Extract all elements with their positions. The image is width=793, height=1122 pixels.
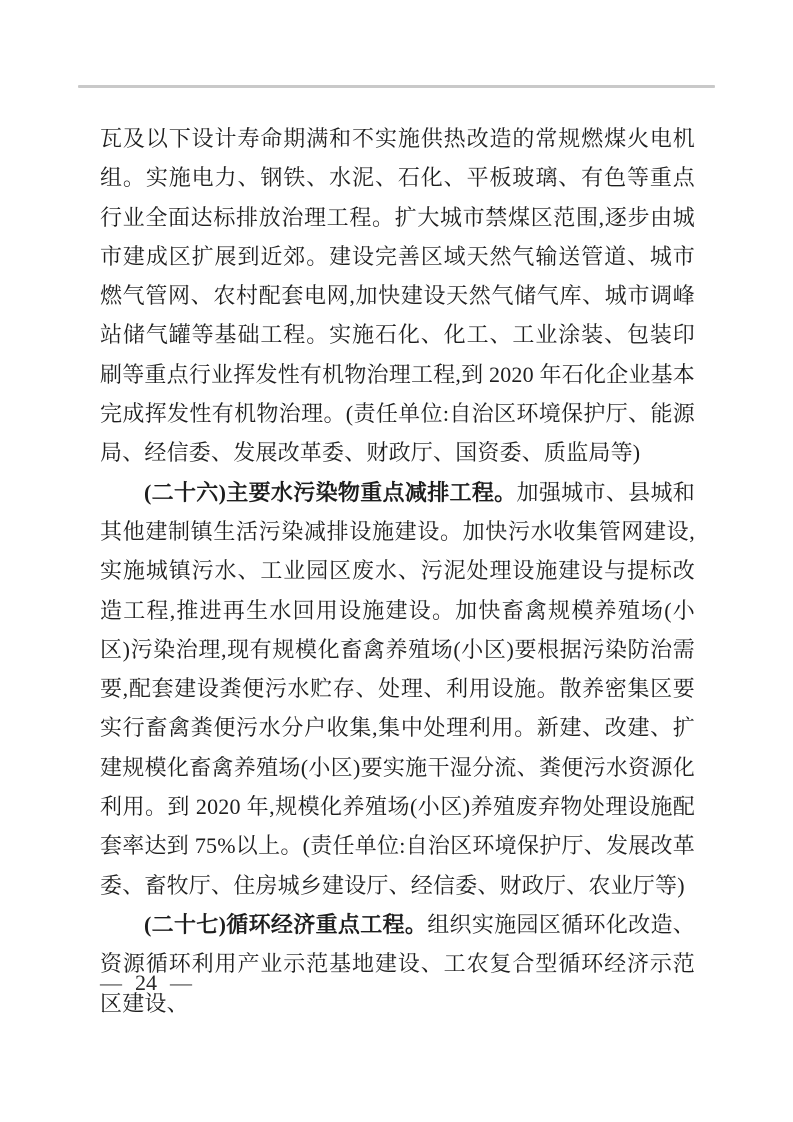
- footer-dash-left: —: [100, 971, 122, 995]
- header-rule: [78, 85, 715, 88]
- paragraph-text: 瓦及以下设计寿命期满和不实施供热改造的常规燃煤火电机组。实施电力、钢铁、水泥、石…: [100, 126, 695, 465]
- paragraph-heading: (二十七)循环经济重点工程。: [144, 912, 427, 937]
- paragraph-continuation: 瓦及以下设计寿命期满和不实施供热改造的常规燃煤火电机组。实施电力、钢铁、水泥、石…: [100, 119, 695, 473]
- paragraph-27: (二十七)循环经济重点工程。组织实施园区循环化改造、资源循环利用产业示范基地建设…: [100, 905, 695, 1023]
- page-footer: — 24 —: [100, 971, 192, 995]
- document-page: 瓦及以下设计寿命期满和不实施供热改造的常规燃煤火电机组。实施电力、钢铁、水泥、石…: [0, 0, 793, 1122]
- paragraph-26: (二十六)主要水污染物重点减排工程。加强城市、县城和其他建制镇生活污染减排设施建…: [100, 473, 695, 905]
- paragraph-heading: (二十六)主要水污染物重点减排工程。: [144, 480, 517, 505]
- footer-dash-right: —: [170, 971, 192, 995]
- paragraph-text: 加强城市、县城和其他建制镇生活污染减排设施建设。加快污水收集管网建设,实施城镇污…: [100, 480, 695, 898]
- page-number: 24: [135, 971, 157, 995]
- document-body: 瓦及以下设计寿命期满和不实施供热改造的常规燃煤火电机组。实施电力、钢铁、水泥、石…: [100, 119, 695, 1023]
